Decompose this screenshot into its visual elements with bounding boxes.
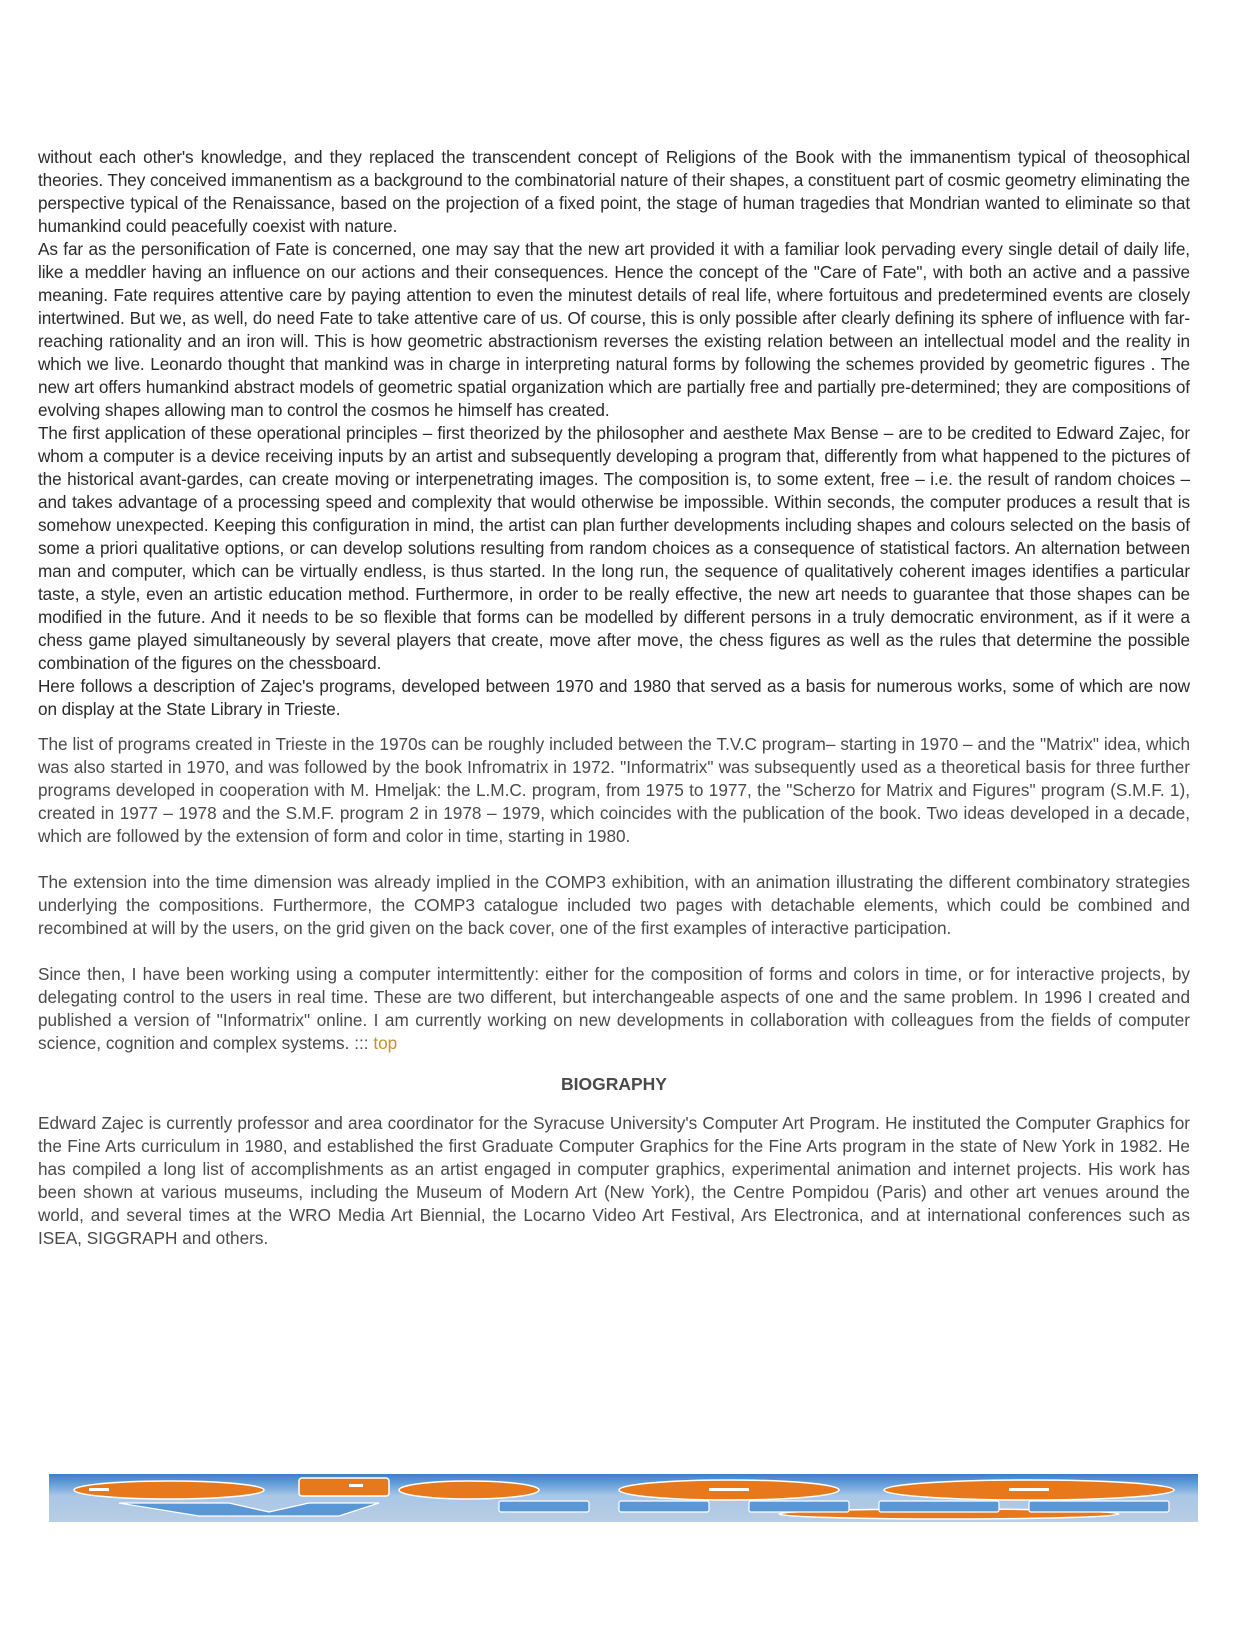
programs-section: The list of programs created in Trieste …: [38, 733, 1190, 1055]
shop-logo-icon: [49, 1474, 1198, 1522]
programs-paragraph-text: Since then, I have been working using a …: [38, 964, 1190, 1053]
essay-paragraph: As far as the personification of Fate is…: [38, 238, 1190, 422]
top-link[interactable]: top: [373, 1033, 397, 1053]
biography-heading: BIOGRAPHY: [38, 1073, 1190, 1096]
essay-paragraph: Here follows a description of Zajec's pr…: [38, 675, 1190, 721]
essay-paragraph: without each other's knowledge, and they…: [38, 146, 1190, 238]
programs-paragraph: The list of programs created in Trieste …: [38, 733, 1190, 848]
essay-paragraph: The first application of these operation…: [38, 422, 1190, 675]
programs-paragraph: The extension into the time dimension wa…: [38, 871, 1190, 940]
programs-paragraph-last: Since then, I have been working using a …: [38, 963, 1190, 1055]
essay-section: without each other's knowledge, and they…: [38, 146, 1190, 721]
shop-banner[interactable]: [49, 1474, 1198, 1522]
biography-text: Edward Zajec is currently professor and …: [38, 1112, 1190, 1250]
document-page: without each other's knowledge, and they…: [38, 146, 1190, 1250]
